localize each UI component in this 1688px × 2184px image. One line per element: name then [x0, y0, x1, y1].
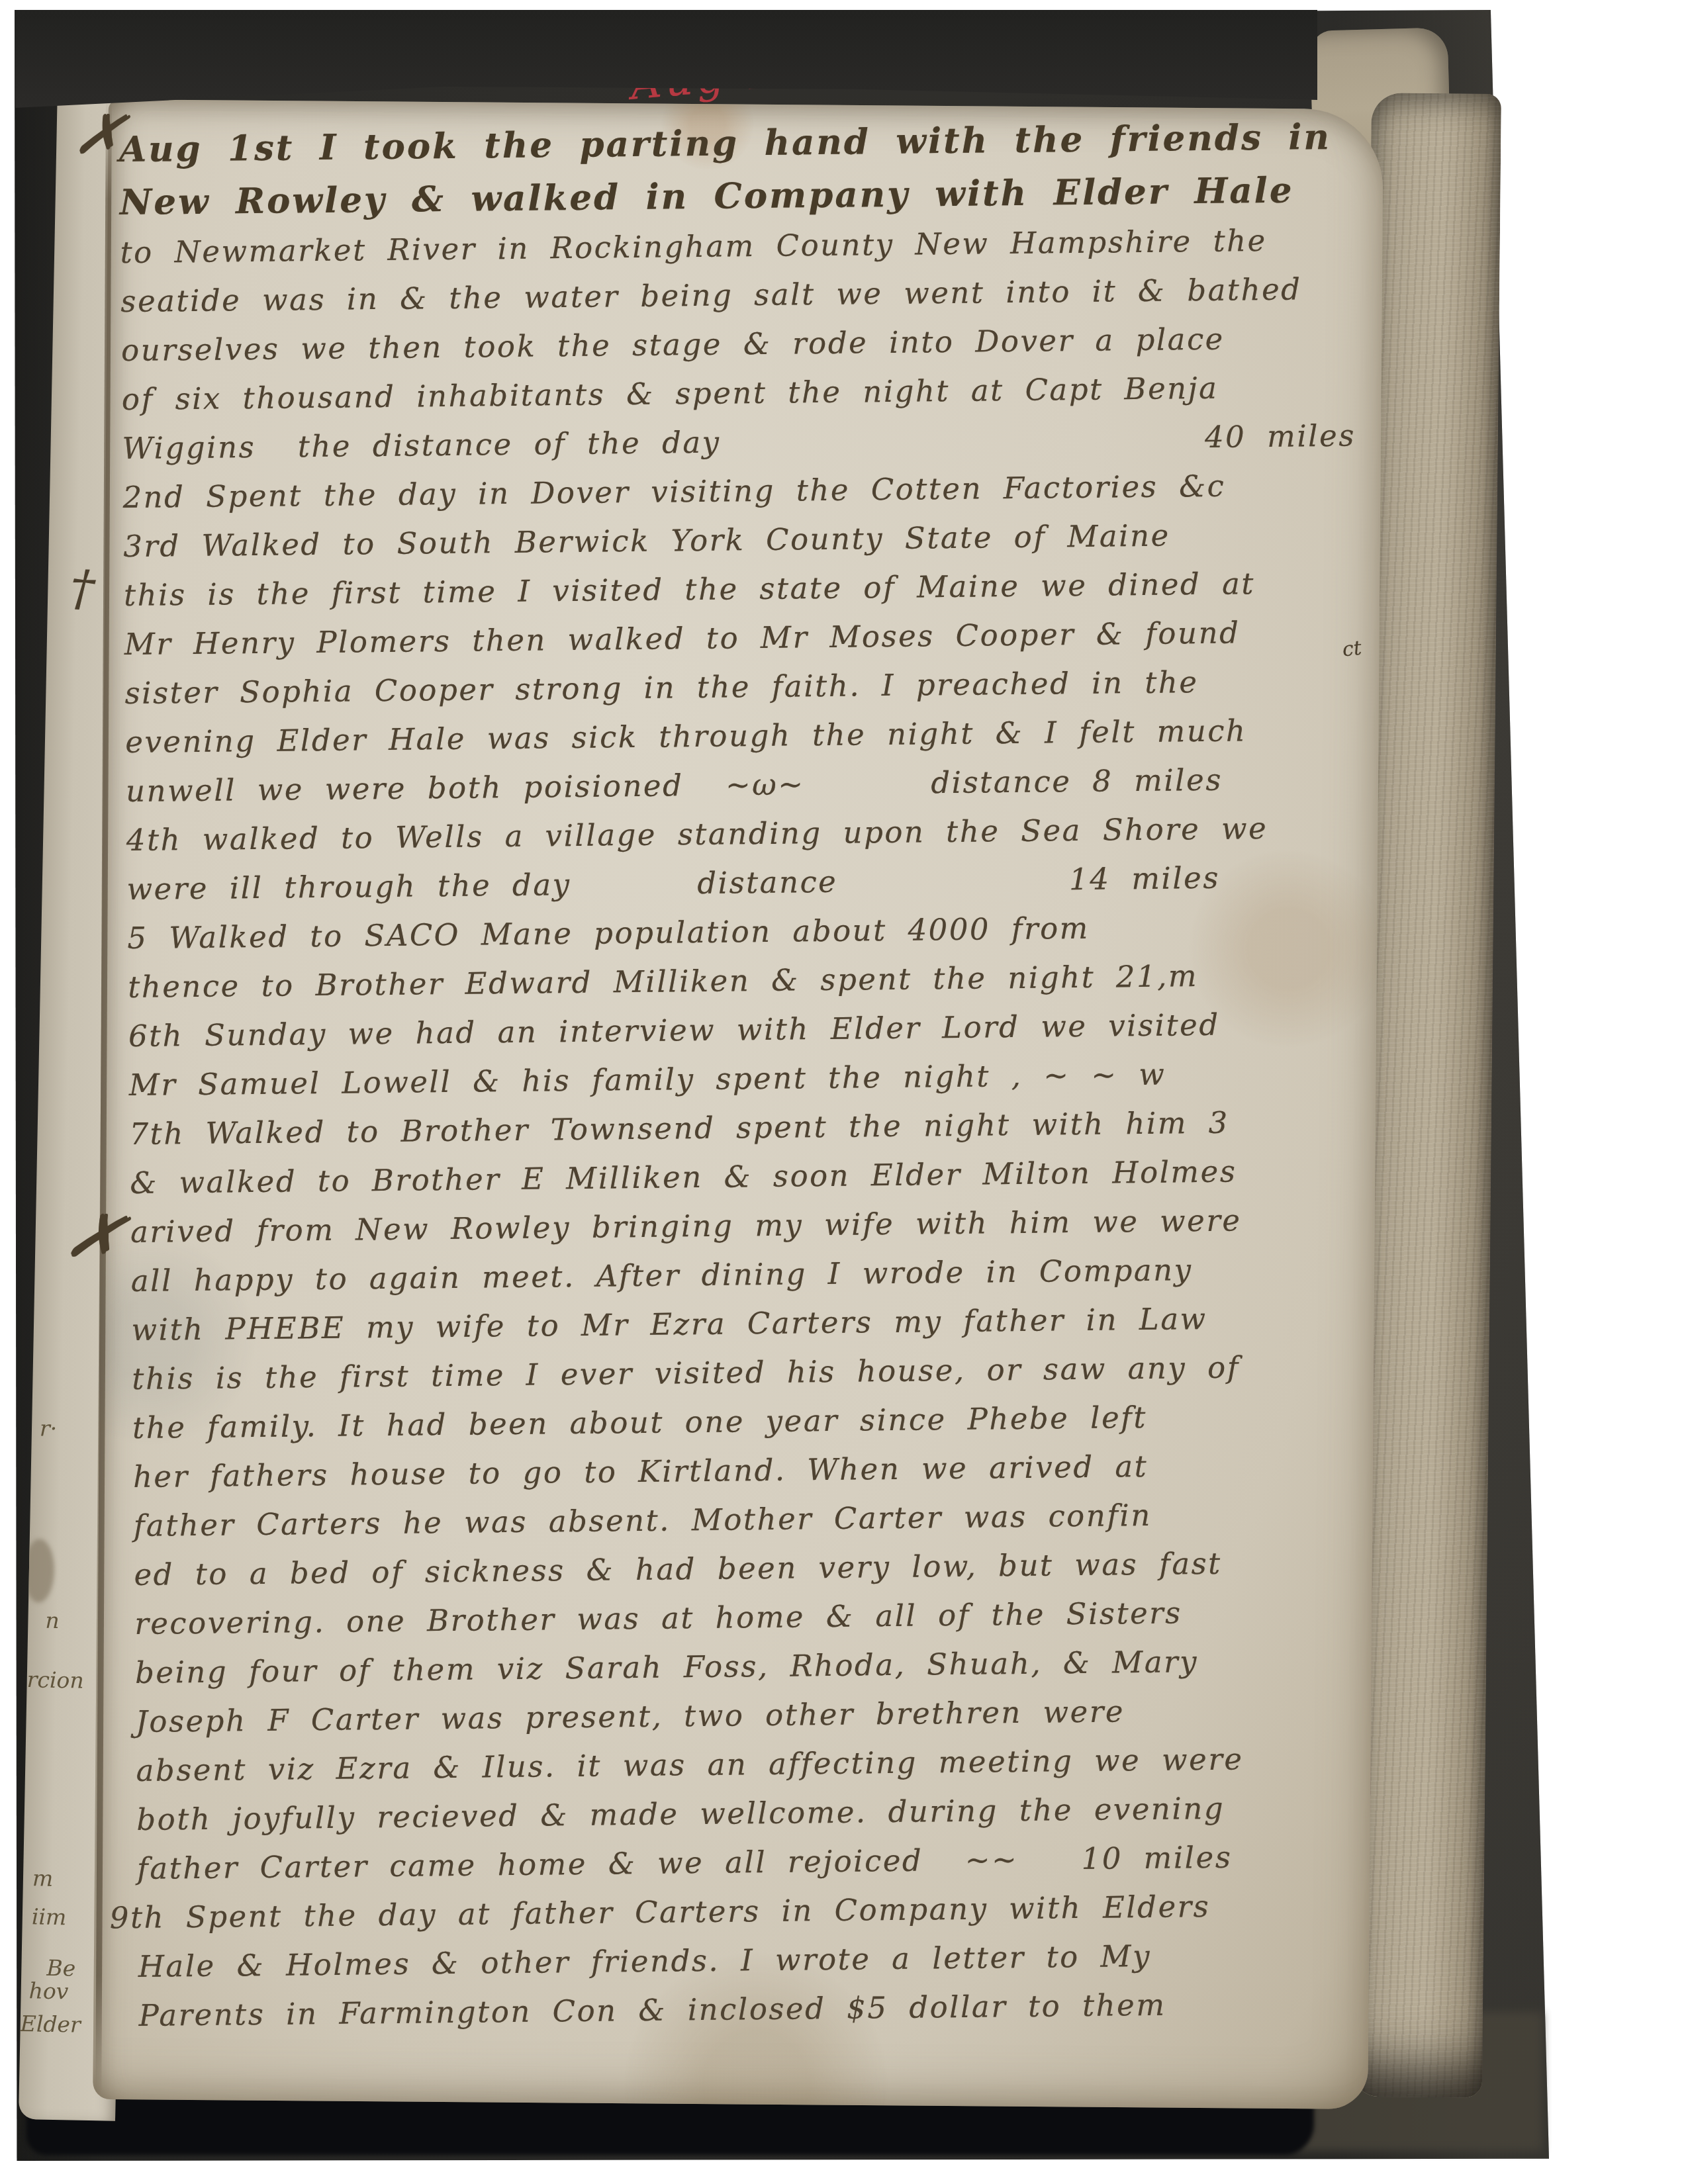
manuscript-scan: { "document": { "kind": "handwritten jou… — [0, 0, 1688, 2184]
facing-page-text-fragment: r· — [40, 1415, 58, 1441]
journal-page: Aug 1st I took the parting hand with the… — [93, 99, 1383, 2109]
facing-page-text-fragment: Elder — [20, 2011, 81, 2038]
facing-page-text-fragment: rcion — [26, 1666, 84, 1694]
facing-page-text-fragment: Be — [46, 1955, 76, 1981]
facing-page-text-fragment: n — [45, 1608, 60, 1633]
journal-lines: Aug 1st I took the parting hand with the… — [119, 116, 1397, 2047]
margin-mark: † — [68, 563, 96, 614]
facing-page-text-fragment: hov — [28, 1978, 69, 2004]
facing-page-text-fragment: m — [32, 1865, 54, 1891]
facing-page-text-fragment: iim — [32, 1903, 67, 1930]
margin-mark: ct — [1342, 639, 1363, 660]
margin-mark: ✗ — [70, 101, 129, 169]
